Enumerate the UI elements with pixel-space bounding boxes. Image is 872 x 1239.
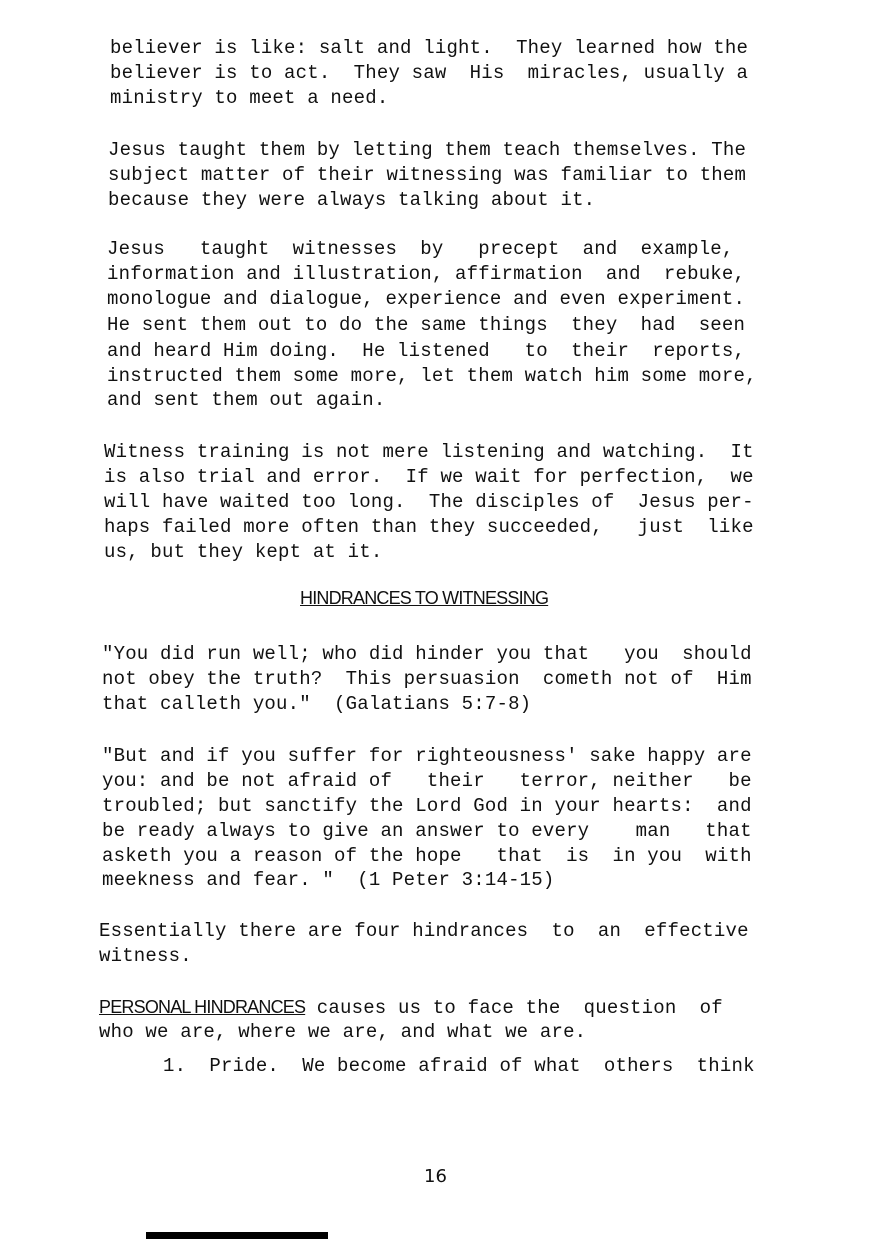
personal-hindrances-line-1: PERSONAL HINDRANCES causes us to face th… [99,996,723,1019]
paragraph-3-line-5: and heard Him doing. He listened to thei… [107,340,745,362]
personal-hindrances-text: causes us to face the question of [305,997,723,1019]
section-heading: HINDRANCES TO WITNESSING [300,588,548,609]
paragraph-3-line-6: instructed them some more, let them watc… [107,365,757,387]
paragraph-3-line-1: Jesus taught witnesses by precept and ex… [107,238,734,260]
quote-2-line-6: meekness and fear. " (1 Peter 3:14-15) [102,869,554,891]
paragraph-4-line-3: will have waited too long. The disciples… [104,491,754,513]
paragraph-1-line-1: believer is like: salt and light. They l… [110,37,748,59]
quote-1-line-2: not obey the truth? This persuasion come… [102,668,752,690]
quote-1-line-1: "You did run well; who did hinder you th… [102,643,752,665]
quote-2-line-2: you: and be not afraid of their terror, … [102,770,752,792]
summary-line-1: Essentially there are four hindrances to… [99,920,749,942]
quote-2-line-1: "But and if you suffer for righteousness… [102,745,752,767]
quote-1-line-3: that calleth you." (Galatians 5:7-8) [102,693,531,715]
personal-hindrances-line-2: who we are, where we are, and what we ar… [99,1021,586,1043]
paragraph-3-line-3: monologue and dialogue, experience and e… [107,288,745,310]
paragraph-2-line-3: because they were always talking about i… [108,189,595,211]
paragraph-4-line-1: Witness training is not mere listening a… [104,441,754,463]
paragraph-2-line-2: subject matter of their witnessing was f… [108,164,746,186]
paragraph-4-line-5: us, but they kept at it. [104,541,382,563]
paragraph-1-line-3: ministry to meet a need. [110,87,388,109]
paragraph-1-line-2: believer is to act. They saw His miracle… [110,62,748,84]
quote-2-line-4: be ready always to give an answer to eve… [102,820,752,842]
paragraph-3-line-2: information and illustration, affirmatio… [107,263,745,285]
quote-2-line-3: troubled; but sanctify the Lord God in y… [102,795,752,817]
quote-2-line-5: asketh you a reason of the hope that is … [102,845,752,867]
paragraph-3-line-7: and sent them out again. [107,389,385,411]
paragraph-2-line-1: Jesus taught them by letting them teach … [108,139,746,161]
list-item-pride: 1. Pride. We become afraid of what other… [163,1055,755,1077]
personal-hindrances-label: PERSONAL HINDRANCES [99,997,305,1017]
document-page: believer is like: salt and light. They l… [0,0,872,1239]
summary-line-2: witness. [99,945,192,967]
paragraph-4-line-4: haps failed more often than they succeed… [104,516,754,538]
scan-artifact-bar [146,1232,328,1239]
paragraph-4-line-2: is also trial and error. If we wait for … [104,466,754,488]
page-number: 16 [424,1166,447,1187]
paragraph-3-line-4: He sent them out to do the same things t… [107,314,745,336]
